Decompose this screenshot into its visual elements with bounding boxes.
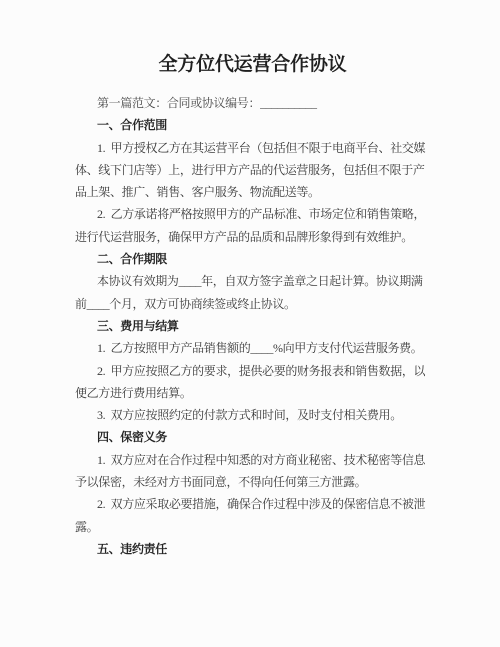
paragraph-line: 前____个月，双方可协商续签或终止协议。 [75, 293, 430, 315]
section-heading: 五、违约责任 [75, 538, 430, 560]
paragraph-line: 1. 甲方授权乙方在其运营平台（包括但不限于电商平台、社交媒 [75, 137, 430, 159]
paragraph-line: 予以保密，未经对方书面同意，不得向任何第三方泄露。 [75, 471, 430, 493]
section-heading: 二、合作期限 [75, 248, 430, 270]
paragraph-line: 便乙方进行费用结算。 [75, 382, 430, 404]
paragraph-line: 1. 双方应对在合作过程中知悉的对方商业秘密、技术秘密等信息 [75, 449, 430, 471]
paragraph-line: 品上架、推广、销售、客户服务、物流配送等。 [75, 181, 430, 203]
meta-line: 第一篇范文：合同或协议编号：__________ [75, 92, 430, 114]
paragraph-line: 1. 乙方按照甲方产品销售额的____%向甲方支付代运营服务费。 [75, 337, 430, 359]
paragraph-line: 进行代运营服务，确保甲方产品的品质和品牌形象得到有效维护。 [75, 226, 430, 248]
paragraph-line: 2. 乙方承诺将严格按照甲方的产品标准、市场定位和销售策略， [75, 203, 430, 225]
paragraph-line: 体、线下门店等）上，进行甲方产品的代运营服务，包括但不限于产 [75, 159, 430, 181]
document-title: 全方位代运营合作协议 [75, 52, 430, 78]
paragraph-line: 2. 双方应采取必要措施，确保合作过程中涉及的保密信息不被泄 [75, 493, 430, 515]
document-body: 一、合作范围1. 甲方授权乙方在其运营平台（包括但不限于电商平台、社交媒体、线下… [75, 114, 430, 560]
section-heading: 三、费用与结算 [75, 315, 430, 337]
paragraph-line: 2. 甲方应按照乙方的要求，提供必要的财务报表和销售数据，以 [75, 360, 430, 382]
paragraph-line: 露。 [75, 516, 430, 538]
section-heading: 四、保密义务 [75, 426, 430, 448]
document-page: 全方位代运营合作协议 第一篇范文：合同或协议编号：__________ 一、合作… [0, 0, 500, 647]
paragraph-line: 3. 双方应按照约定的付款方式和时间，及时支付相关费用。 [75, 404, 430, 426]
section-heading: 一、合作范围 [75, 114, 430, 136]
paragraph-line: 本协议有效期为____年，自双方签字盖章之日起计算。协议期满 [75, 270, 430, 292]
